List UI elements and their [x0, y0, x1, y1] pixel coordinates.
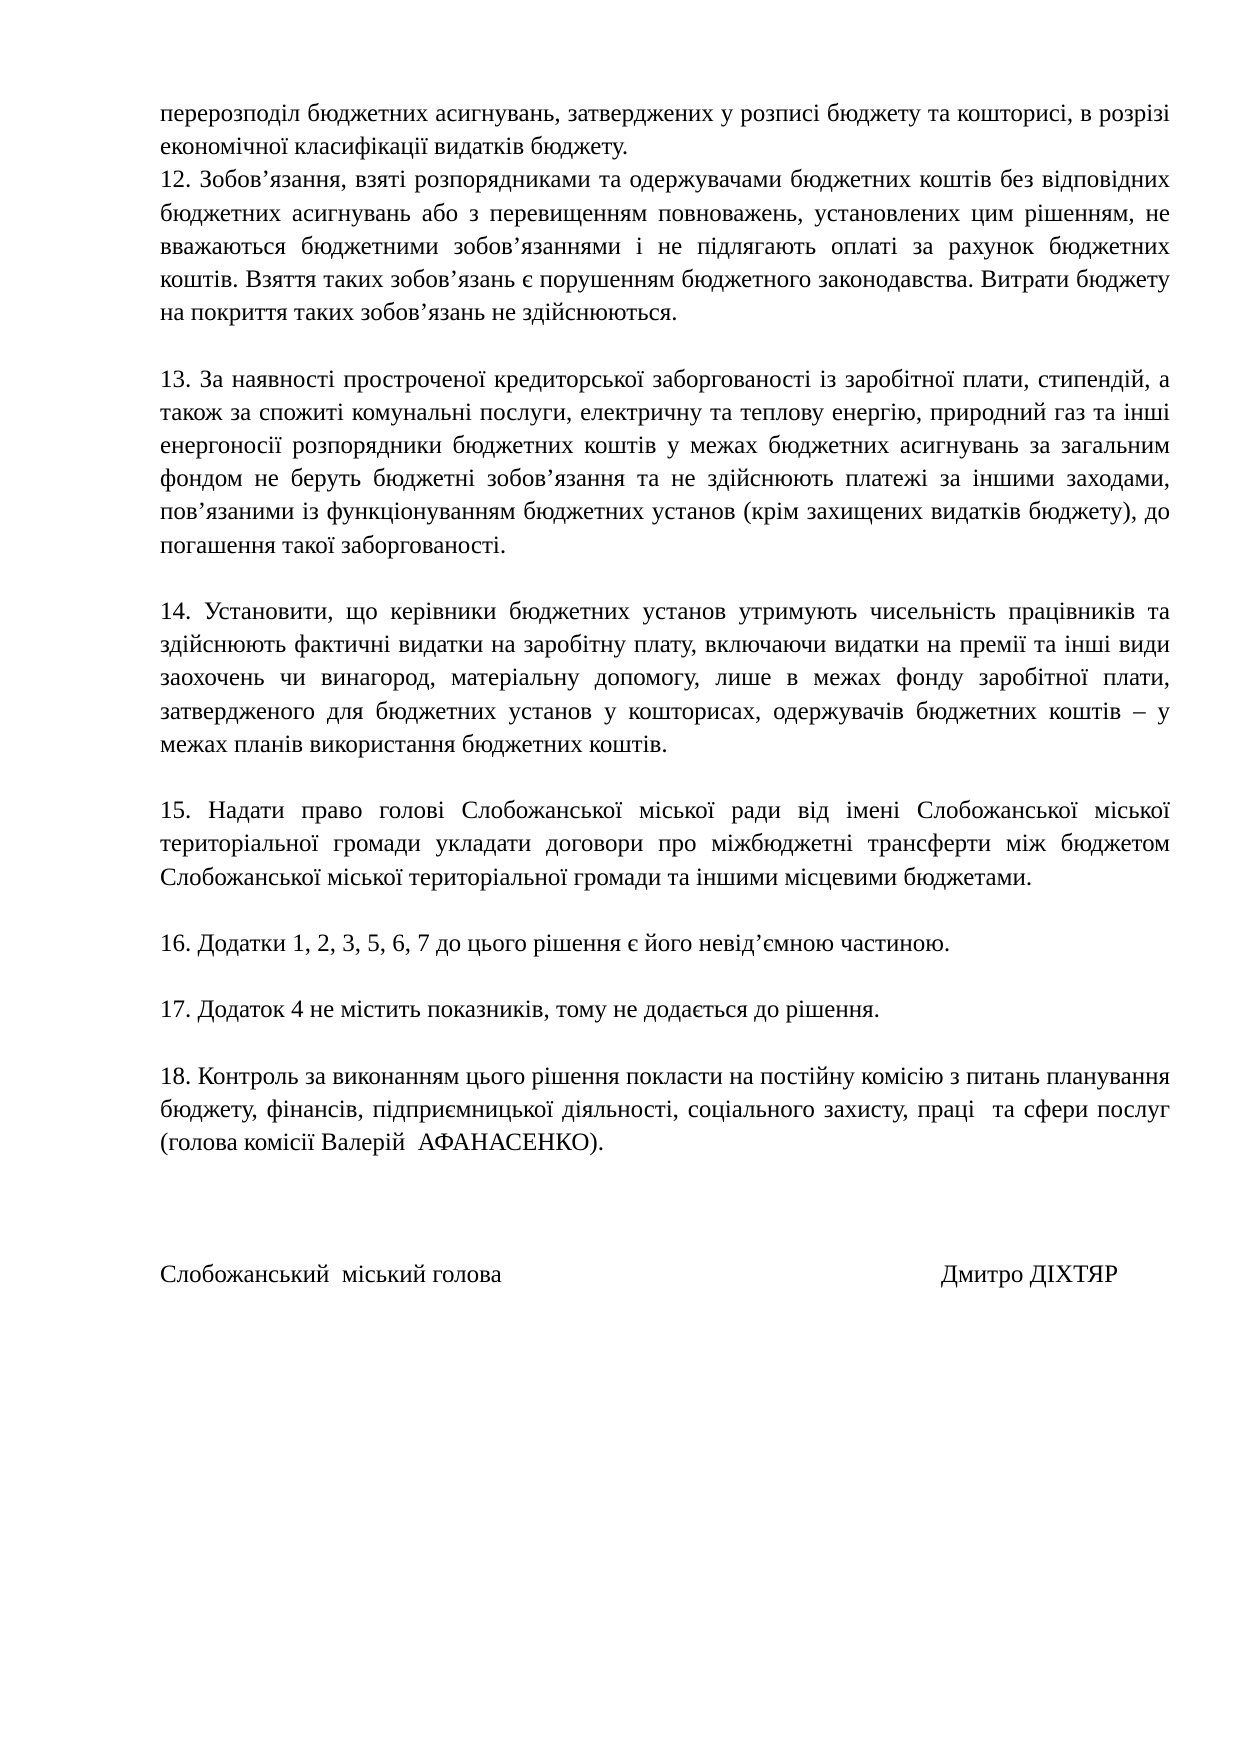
paragraph-item-17: 17. Додаток 4 не містить показників, том…: [160, 993, 1170, 1026]
paragraph-item-15: 15. Надати право голові Слобожанської мі…: [160, 794, 1170, 894]
paragraph-item-14: 14. Установити, що керівники бюджетних у…: [160, 595, 1170, 761]
paragraph-item-18: 18. Контроль за виконанням цього рішення…: [160, 1060, 1170, 1160]
paragraph-item-13: 13. За наявності простроченої кредиторсь…: [160, 363, 1170, 562]
document-body: перерозподіл бюджетних асигнувань, затве…: [160, 97, 1170, 1292]
signature-title: Слобожанський міський голова: [160, 1258, 502, 1291]
paragraph-item-16: 16. Додатки 1, 2, 3, 5, 6, 7 до цього рі…: [160, 927, 1170, 960]
signature-row: Слобожанський міський голова Дмитро ДІХТ…: [160, 1258, 1170, 1291]
paragraph-continuation: перерозподіл бюджетних асигнувань, затве…: [160, 97, 1170, 163]
document-page: перерозподіл бюджетних асигнувань, затве…: [0, 0, 1240, 1754]
paragraph-item-12: 12. Зобов’язання, взяті розпорядниками т…: [160, 163, 1170, 329]
signature-name: Дмитро ДІХТЯР: [941, 1258, 1118, 1291]
